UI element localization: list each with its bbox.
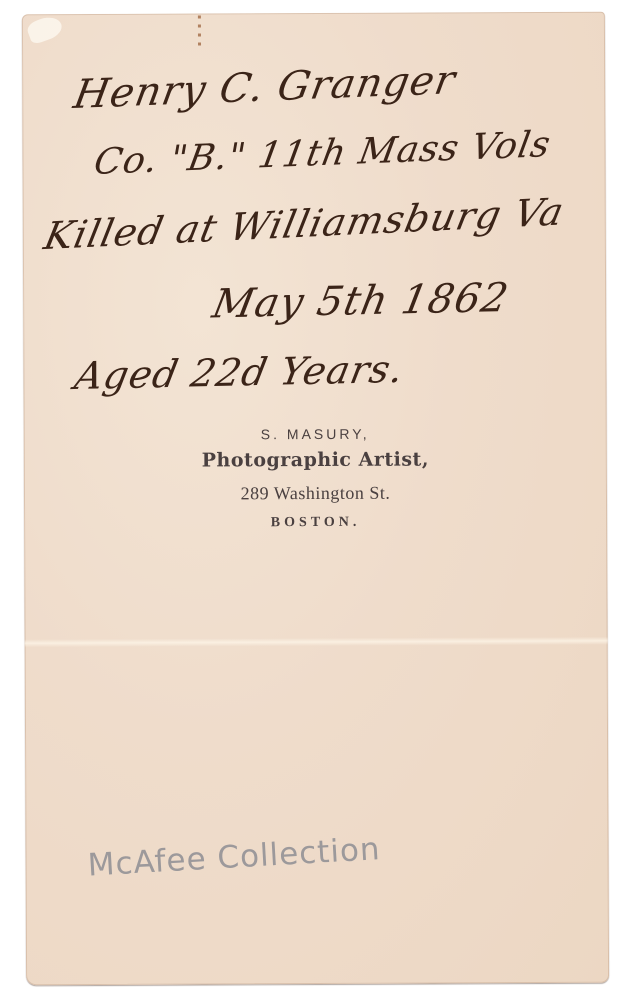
handwritten-date: May 5th 1862 xyxy=(209,275,513,327)
photographer-name: S. MASURY, xyxy=(24,425,607,444)
handwritten-killed-at: Killed at Williamsburg Va xyxy=(40,189,568,258)
photographer-title: Photographic Artist, xyxy=(24,448,607,473)
photographer-address: 289 Washington St. xyxy=(24,482,607,506)
foxing-stain xyxy=(198,15,201,49)
photo-card-back: Henry C. Granger Co. "B." 11th Mass Vols… xyxy=(22,12,609,986)
handwritten-name: Henry C. Granger xyxy=(70,57,459,118)
collection-pencil-note: McAfee Collection xyxy=(87,831,382,884)
corner-wear xyxy=(25,13,65,45)
handwritten-unit: Co. "B." 11th Mass Vols xyxy=(91,124,554,183)
photographer-city: BOSTON. xyxy=(24,514,607,533)
handwritten-age: Aged 22d Years. xyxy=(71,347,408,398)
